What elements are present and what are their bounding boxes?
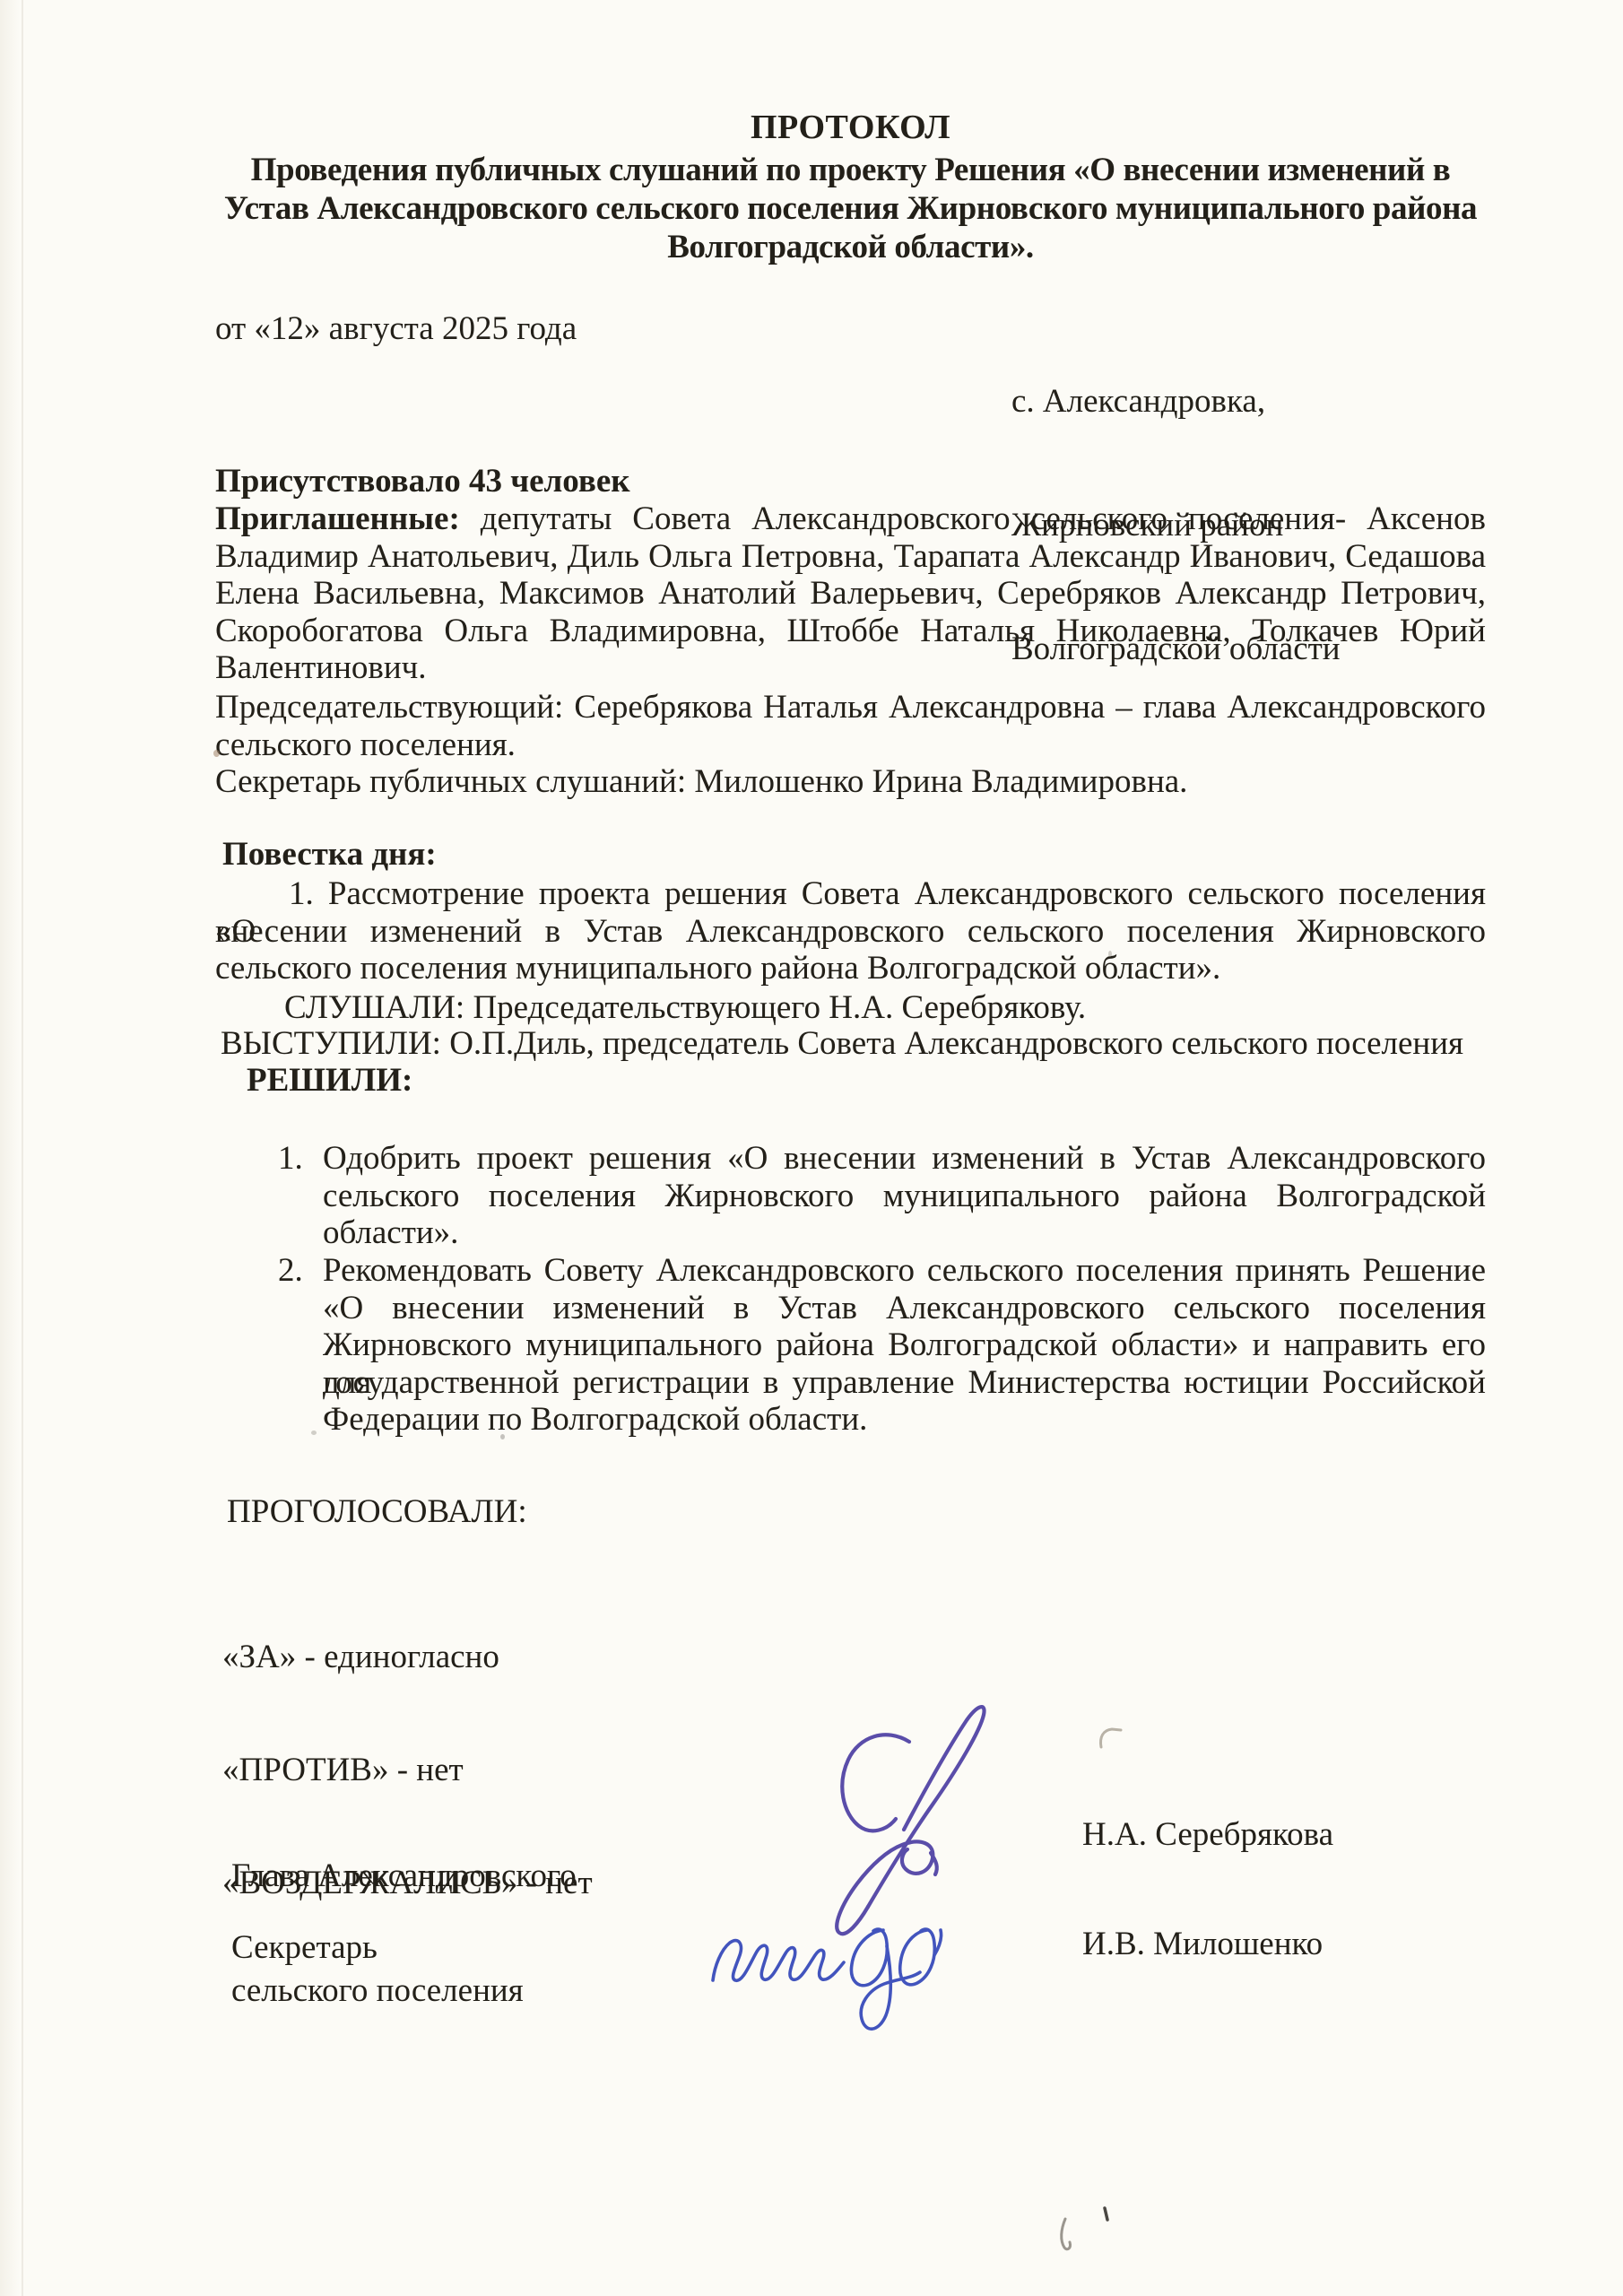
secretary-signatory-title: Секретарь [231, 1929, 378, 1967]
document-subtitle: Проведения публичных слушаний по проекту… [215, 151, 1486, 266]
agenda-line: внесении изменений в Устав Александровск… [215, 913, 1486, 951]
decision-item-1: Одобрить проект решения «О внесении изме… [323, 1140, 1486, 1252]
head-title-line: Глава Александровского [231, 1857, 577, 1896]
secretary-signatory-name: И.В. Милошенко [1082, 1926, 1323, 1963]
decided-heading: РЕШИЛИ: [247, 1062, 412, 1100]
signatures-ink [681, 1695, 1004, 2072]
agenda-line-last: сельского поселения муниципального район… [215, 950, 1486, 987]
chairman-line: Председательствующий: Серебрякова Наталь… [215, 689, 1486, 726]
scan-speck [547, 63, 551, 66]
decision-line: сельского поселения Жирновского муниципа… [323, 1178, 1486, 1215]
decision-line: Рекомендовать Совету Александровского се… [323, 1252, 1486, 1290]
invited-label: Приглашенные: [215, 500, 460, 537]
decision-line-last: Федерации по Волгоградской области. [323, 1401, 1486, 1439]
document-title: ПРОТОКОЛ [215, 109, 1486, 147]
invited-line: Елена Васильевна, Максимов Анатолий Вале… [215, 575, 1486, 613]
scan-speck [500, 1434, 505, 1439]
chairman-line-last: сельского поселения. [215, 726, 1486, 764]
invited-line: Приглашенные: депутаты Совета Александро… [215, 500, 1486, 538]
head-signatory-name: Н.А. Серебрякова [1082, 1816, 1333, 1854]
decision-line: Жирновского муниципального района Волгог… [323, 1326, 1486, 1364]
secretary-signature-ink [713, 1929, 942, 2029]
agenda-line: 1. Рассмотрение проекта решения Совета А… [215, 875, 1486, 913]
invited-line-last: Валентинович. [215, 649, 1486, 687]
agenda-item-paragraph: 1. Рассмотрение проекта решения Совета А… [215, 875, 1486, 987]
agenda-heading: Повестка дня: [222, 836, 437, 874]
date-line: от «12» августа 2025 года [215, 310, 577, 348]
invited-paragraph: Приглашенные: депутаты Совета Александро… [215, 500, 1486, 687]
heard-line: СЛУШАЛИ: Председательствующего Н.А. Сере… [284, 989, 1086, 1027]
location-line: с. Александровка, [1011, 381, 1341, 422]
decision-line: Одобрить проект решения «О внесении изме… [323, 1140, 1486, 1178]
head-title-line: сельского поселения [231, 1972, 577, 2011]
decision-line-last: области». [323, 1214, 1486, 1252]
invited-line: Владимир Анатольевич, Диль Ольга Петровн… [215, 538, 1486, 576]
decision-item-2: Рекомендовать Совету Александровского се… [323, 1252, 1486, 1439]
head-signature-ink [837, 1707, 984, 1934]
voting-heading: ПРОГОЛОСОВАЛИ: [227, 1493, 527, 1531]
invited-line: Скоробогатова Ольга Владимировна, Штоббе… [215, 613, 1486, 650]
invited-line-rest: депутаты Совета Александровского сельско… [460, 500, 1486, 537]
scan-speck [1108, 951, 1112, 957]
scan-left-edge-line [22, 0, 23, 2296]
hearing-secretary-line: Секретарь публичных слушаний: Милошенко … [215, 763, 1187, 801]
scan-left-edge-shading [0, 0, 20, 2296]
scan-speck [311, 1431, 317, 1435]
decision-line: «О внесении изменений в Устав Александро… [323, 1290, 1486, 1327]
decision-number: 1. [278, 1140, 323, 1178]
scan-artifact-mark [1031, 1704, 1139, 1776]
decision-line: государственной регистрации в управление… [323, 1364, 1486, 1402]
spoke-line: ВЫСТУПИЛИ: О.П.Диль, председатель Совета… [221, 1025, 1463, 1063]
scanned-protocol-document: ПРОТОКОЛ Проведения публичных слушаний п… [0, 0, 1623, 2296]
chairman-paragraph: Председательствующий: Серебрякова Наталь… [215, 689, 1486, 763]
scan-artifact-marks-bottom [1040, 2188, 1139, 2269]
present-count-line: Присутствовало 43 человек [215, 463, 630, 500]
decision-number: 2. [278, 1252, 323, 1290]
scan-speck [213, 750, 220, 757]
voting-result-for: «ЗА» - единогласно [222, 1639, 593, 1676]
